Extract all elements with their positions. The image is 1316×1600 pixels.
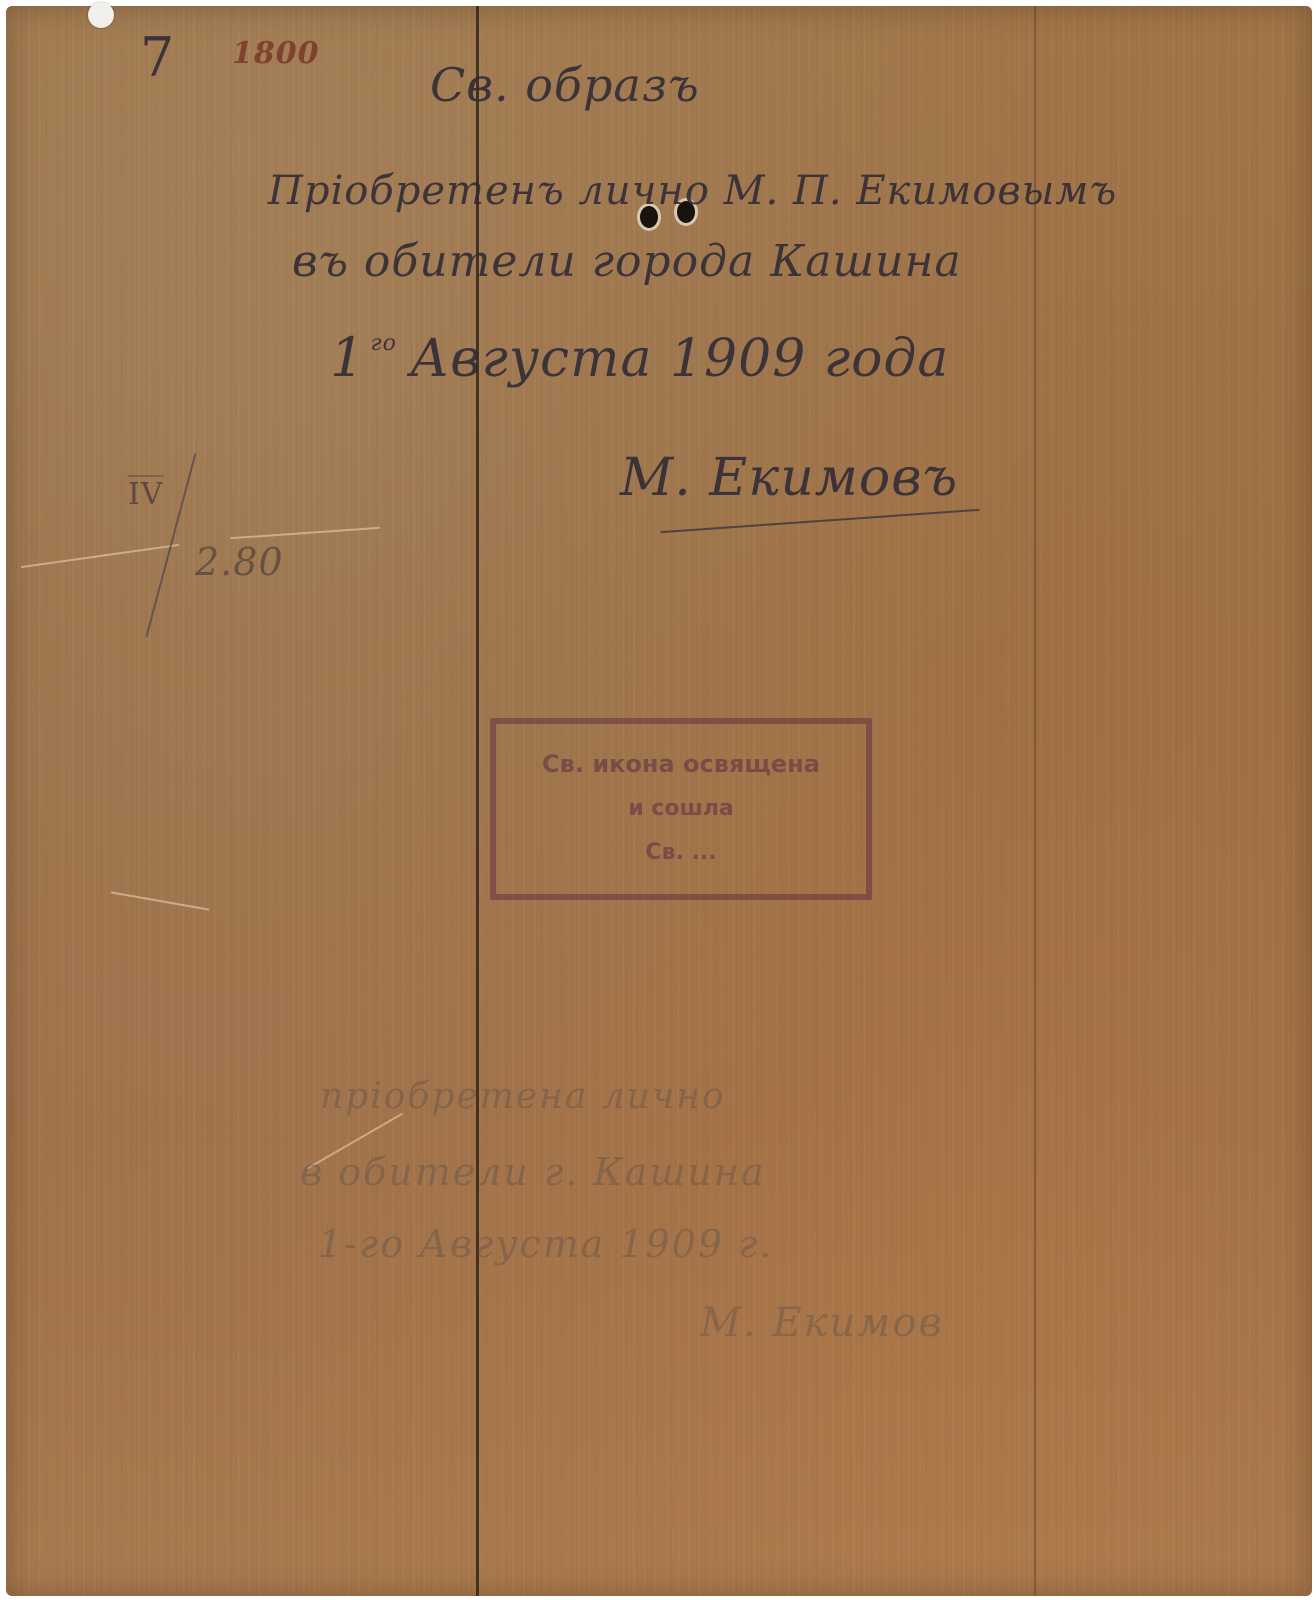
inscription-line-1: Пріобретенъ лично М. П. Екимовымъ bbox=[268, 168, 1117, 214]
signature: М. Екимовъ bbox=[620, 448, 958, 508]
pencil-line-2: в обители г. Кашина bbox=[300, 1150, 766, 1194]
board-edge bbox=[1034, 6, 1036, 1596]
date-day: 1 bbox=[330, 326, 365, 389]
ink-stamp: Св. икона освящена и сошла Св. ... bbox=[490, 718, 872, 900]
red-number: 1800 bbox=[232, 36, 320, 71]
date-text: Августа 1909 года bbox=[410, 329, 949, 389]
stamp-line-1: Св. икона освящена bbox=[496, 750, 866, 778]
pencil-line-3: 1-го Августа 1909 г. bbox=[318, 1222, 773, 1266]
roman-numeral: IV bbox=[128, 475, 164, 512]
pencil-signature: М. Екимов bbox=[700, 1300, 944, 1346]
date-suffix: го bbox=[370, 331, 396, 356]
stamp-line-2: и сошла bbox=[496, 796, 866, 821]
stamp-line-3: Св. ... bbox=[496, 840, 866, 865]
pin-head bbox=[88, 2, 114, 28]
price-mark: 2.80 bbox=[195, 540, 284, 584]
inscription-line-2: въ обители города Кашина bbox=[292, 236, 962, 287]
pencil-line-1: пріобретена лично bbox=[320, 1076, 726, 1117]
inscription-line-3: 1 го Августа 1909 года bbox=[330, 326, 949, 389]
inventory-number: 7 bbox=[140, 26, 175, 89]
inscription-title: Св. образъ bbox=[430, 58, 700, 112]
